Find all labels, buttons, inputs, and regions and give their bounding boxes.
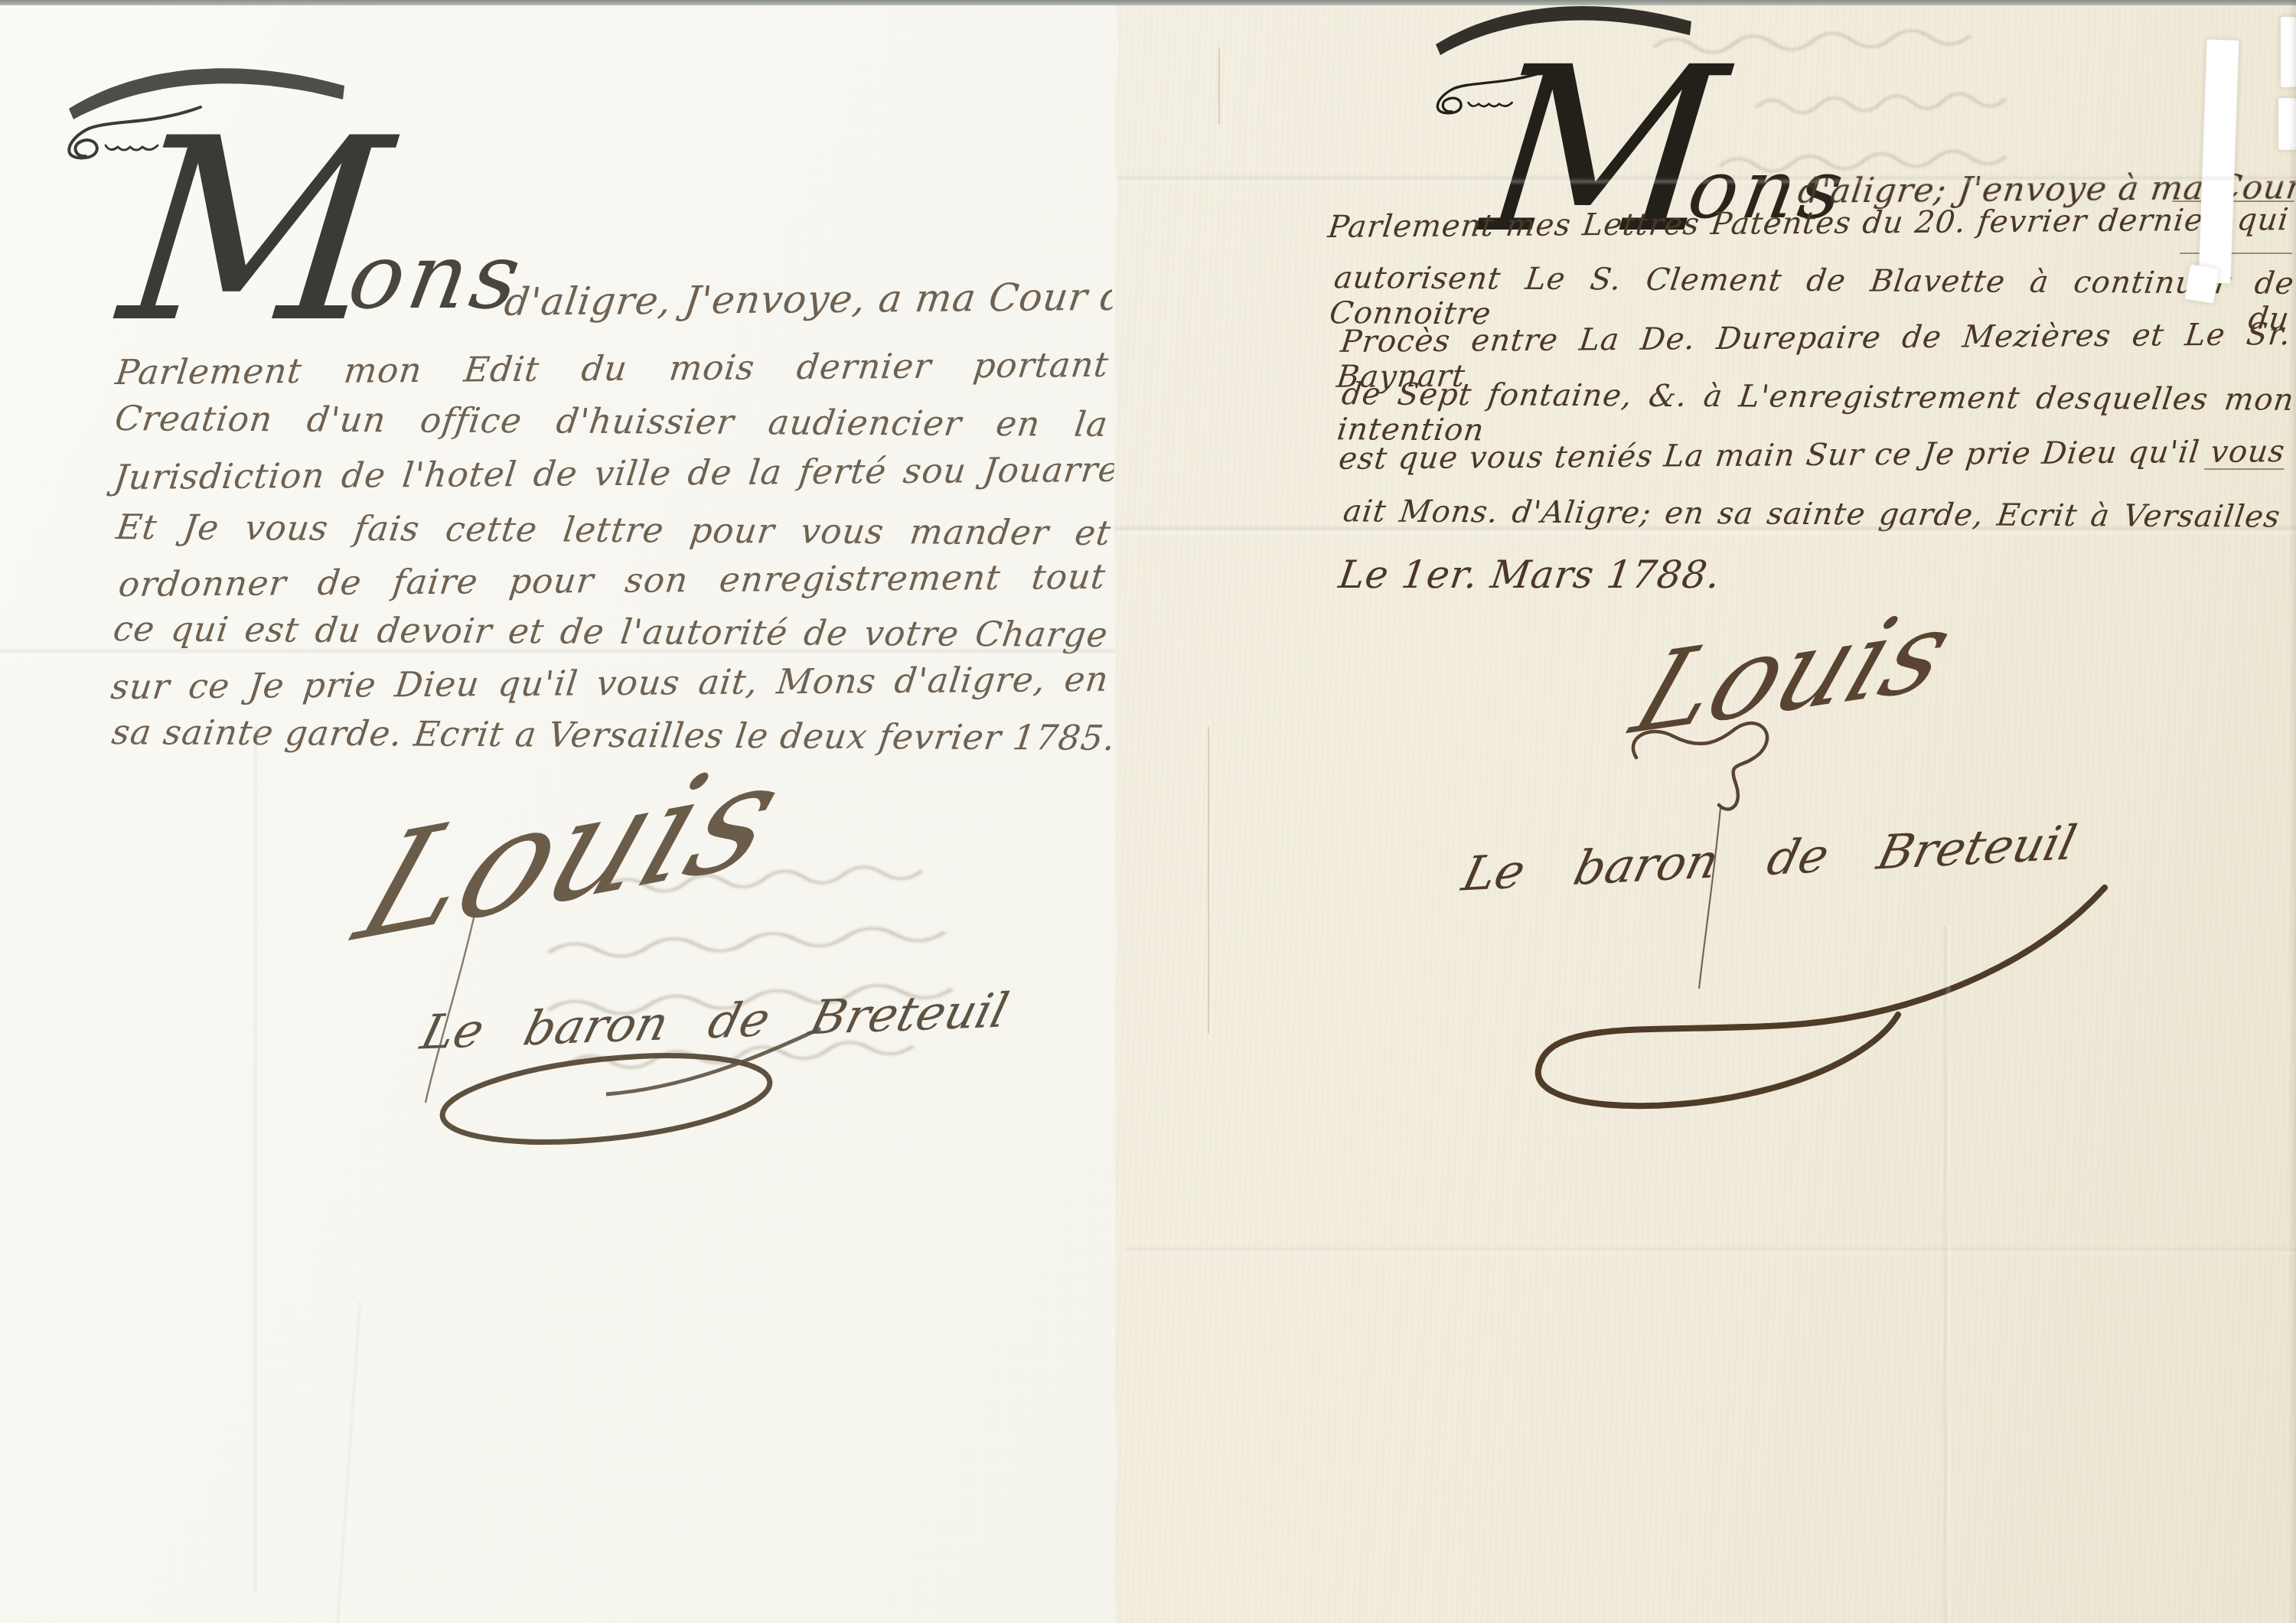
left-body-line: Parlement mon Edit du mois dernier porta… — [113, 344, 1110, 393]
fold-crease — [253, 727, 262, 1592]
fold-crease — [334, 1301, 366, 1623]
left-letter-page: M ons d'aligre, J'envoye, a ma Cour de P… — [0, 0, 1194, 1623]
scratch-mark — [1208, 727, 1209, 1033]
left-body-line: Creation d'un office d'huissier audienci… — [113, 398, 1110, 445]
left-body-line: Et Je vous fais cette lettre pour vous m… — [114, 507, 1114, 553]
left-body-line: sur ce Je prie Dieu qu'il vous ait, Mons… — [109, 659, 1110, 707]
fold-crease — [1117, 174, 2296, 185]
left-body-line: ordonner de faire pour son enregistremen… — [116, 556, 1107, 605]
right-body-line: est que vous teniés La main Sur ce Je pr… — [1337, 434, 2287, 477]
left-salutation: d'aligre, J'envoye, a ma Cour de — [502, 274, 1153, 324]
left-body-line: Jurisdiction de l'hotel de ville de la f… — [112, 449, 1121, 497]
fold-crease — [1114, 525, 2296, 536]
left-countersignature-flourish — [354, 1015, 859, 1160]
pen-dash — [2180, 253, 2292, 254]
right-countersignature-flourish — [1454, 865, 2143, 1125]
scanner-edge — [0, 0, 2296, 5]
manuscript-scan: M ons d'aligre, J'envoye, a ma Cour de P… — [0, 0, 2296, 1623]
scratch-mark — [1218, 47, 1220, 124]
fold-crease — [1942, 926, 1952, 1623]
right-date-line: Le 1er. Mars 1788. — [1336, 552, 1724, 597]
scan-edge-shadow — [2288, 0, 2296, 1623]
pen-dash — [2204, 468, 2285, 470]
fold-crease — [0, 647, 1148, 658]
fold-crease — [1125, 1246, 2296, 1256]
tape-repair-strip — [2185, 264, 2219, 303]
